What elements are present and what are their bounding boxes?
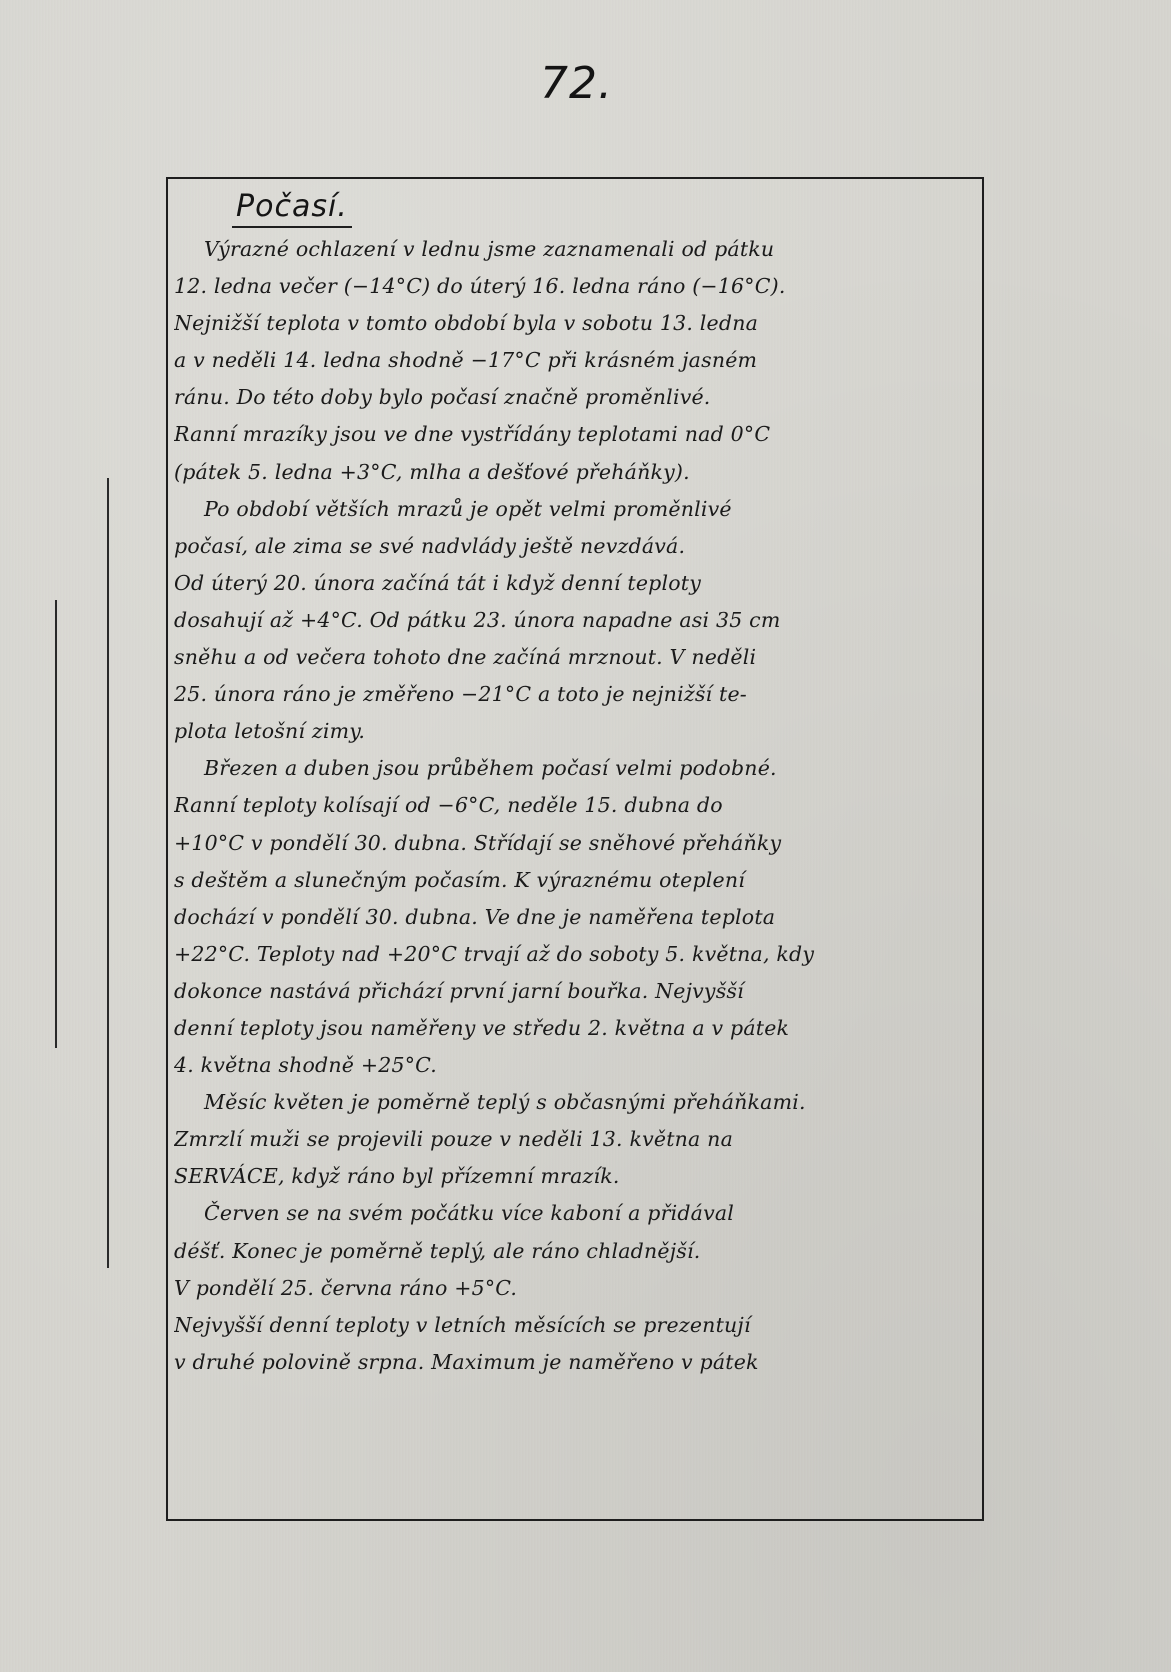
text-line: Ranní mrazíky jsou ve dne vystřídány tep… — [174, 416, 976, 453]
text-line: Nejnižší teplota v tomto období byla v s… — [174, 305, 976, 342]
text-line: a v neděli 14. ledna shodně −17°C při kr… — [174, 342, 976, 379]
text-line: s deštěm a slunečným počasím. K výrazném… — [174, 862, 976, 899]
text-line: +10°C v pondělí 30. dubna. Střídají se s… — [174, 825, 976, 862]
text-line: denní teploty jsou naměřeny ve středu 2.… — [174, 1010, 976, 1047]
text-line: Měsíc květen je poměrně teplý s občasným… — [174, 1084, 976, 1121]
margin-rule-inner — [55, 600, 57, 1048]
margin-rule-outer — [107, 478, 109, 1268]
text-line: Zmrzlí muži se projevili pouze v neděli … — [174, 1121, 976, 1158]
page-number: 72. — [540, 58, 613, 109]
text-line: Nejvyšší denní teploty v letních měsícíc… — [174, 1307, 976, 1344]
text-line: ránu. Do této doby bylo počasí značně pr… — [174, 379, 976, 416]
text-line: Výrazné ochlazení v lednu jsme zaznamena… — [174, 231, 976, 268]
text-line: plota letošní zimy. — [174, 713, 976, 750]
chronicle-text-frame: Počasí. Výrazné ochlazení v lednu jsme z… — [166, 177, 984, 1521]
text-line: +22°C. Teploty nad +20°C trvají až do so… — [174, 936, 976, 973]
text-line: déšť. Konec je poměrně teplý, ale ráno c… — [174, 1233, 976, 1270]
text-line: V pondělí 25. června ráno +5°C. — [174, 1270, 976, 1307]
text-line: Po období větších mrazů je opět velmi pr… — [174, 491, 976, 528]
text-line: dosahují až +4°C. Od pátku 23. února nap… — [174, 602, 976, 639]
text-line: Červen se na svém počátku více kaboní a … — [174, 1195, 976, 1232]
text-line: dokonce nastává přichází první jarní bou… — [174, 973, 976, 1010]
text-line: Ranní teploty kolísají od −6°C, neděle 1… — [174, 787, 976, 824]
text-line: SERVÁCE, když ráno byl přízemní mrazík. — [174, 1158, 976, 1195]
text-line: Od úterý 20. února začíná tát i když den… — [174, 565, 976, 602]
handwritten-text-body: Výrazné ochlazení v lednu jsme zaznamena… — [174, 231, 976, 1381]
section-heading: Počasí. — [232, 189, 352, 228]
text-line: dochází v pondělí 30. dubna. Ve dne je n… — [174, 899, 976, 936]
text-line: Březen a duben jsou průběhem počasí velm… — [174, 750, 976, 787]
text-line: (pátek 5. ledna +3°C, mlha a dešťové pře… — [174, 454, 976, 491]
text-line: sněhu a od večera tohoto dne začíná mrzn… — [174, 639, 976, 676]
text-line: 25. února ráno je změřeno −21°C a toto j… — [174, 676, 976, 713]
text-line: v druhé polovině srpna. Maximum je naměř… — [174, 1344, 976, 1381]
text-line: počasí, ale zima se své nadvlády ještě n… — [174, 528, 976, 565]
text-line: 4. května shodně +25°C. — [174, 1047, 976, 1084]
text-line: 12. ledna večer (−14°C) do úterý 16. led… — [174, 268, 976, 305]
